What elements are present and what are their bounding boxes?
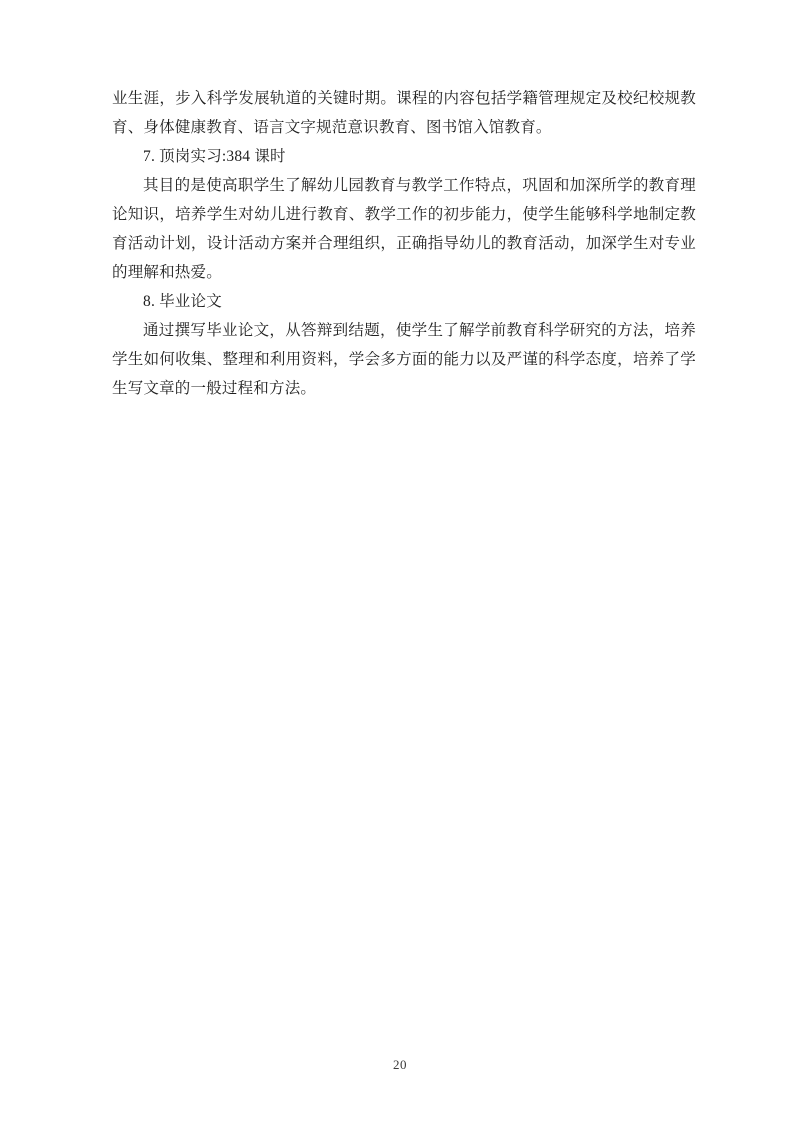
- numbered-item-8-thesis: 8. 毕业论文: [112, 287, 696, 316]
- paragraph-thesis-purpose: 通过撰写毕业论文，从答辩到结题，使学生了解学前教育科学研究的方法，培养学生如何收…: [112, 316, 696, 403]
- document-body: 业生涯，步入科学发展轨道的关键时期。课程的内容包括学籍管理规定及校纪校规教育、身…: [112, 84, 696, 403]
- numbered-item-7-internship: 7. 顶岗实习:384 课时: [112, 142, 696, 171]
- document-page: 业生涯，步入科学发展轨道的关键时期。课程的内容包括学籍管理规定及校纪校规教育、身…: [0, 0, 800, 1129]
- paragraph-continuation: 业生涯，步入科学发展轨道的关键时期。课程的内容包括学籍管理规定及校纪校规教育、身…: [112, 84, 696, 142]
- page-number: 20: [393, 1057, 407, 1072]
- page-footer: 20: [0, 1056, 800, 1074]
- paragraph-internship-purpose: 其目的是使高职学生了解幼儿园教育与教学工作特点，巩固和加深所学的教育理论知识，培…: [112, 171, 696, 287]
